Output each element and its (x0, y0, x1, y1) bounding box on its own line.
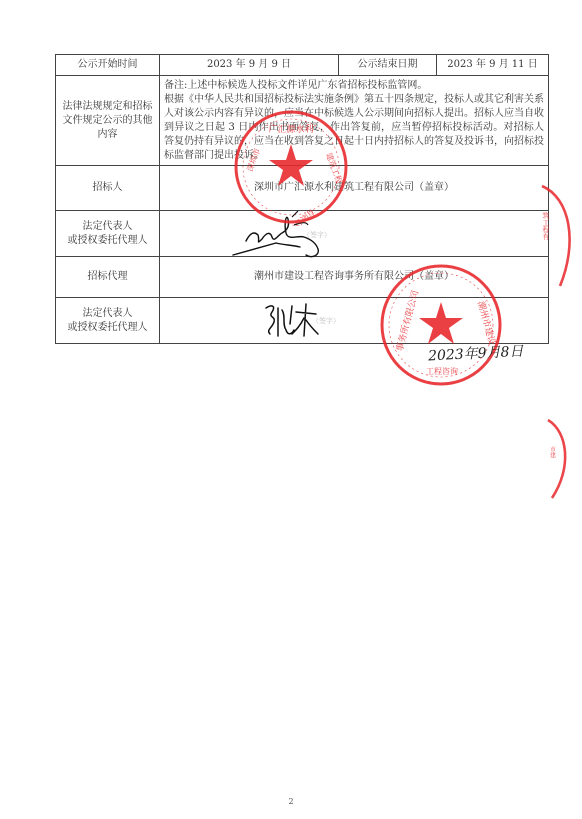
rep2-signature-cell (160, 298, 549, 344)
start-date-value: 2023 年 9 月 9 日 (160, 55, 339, 76)
table-row: 公示开始时间 2023 年 9 月 9 日 公示结束日期 2023 年 9 月 … (56, 55, 549, 76)
rep1-label-line1: 法定代表人 (60, 220, 155, 234)
rep2-label: 法定代表人 或授权委托代理人 (56, 298, 160, 344)
remark-line: 备注:上述中标候选人投标文件详见广东省招标投标监管网。 (164, 79, 544, 93)
document-page: 公示开始时间 2023 年 9 月 9 日 公示结束日期 2023 年 9 月 … (0, 0, 582, 819)
svg-text:工程咨询: 工程咨询 (426, 366, 458, 376)
paging-seal-2: 市建 (546, 418, 582, 500)
other-content-label: 法律法规规定和招标文件规定公示的其他内容 (56, 76, 160, 166)
tenderer-label: 招标人 (56, 166, 160, 211)
rep2-label-line1: 法定代表人 (60, 307, 155, 321)
notice-table: 公示开始时间 2023 年 9 月 9 日 公示结束日期 2023 年 9 月 … (55, 54, 549, 344)
agent-value: 潮州市建设工程咨询事务所有限公司（盖章） (160, 257, 549, 298)
start-date-label: 公示开始时间 (56, 55, 160, 76)
table-row: 法定代表人 或授权委托代理人 (56, 298, 549, 344)
rep1-label-line2: 或授权委托代理人 (60, 234, 155, 248)
end-date-value: 2023 年 9 月 11 日 (437, 55, 549, 76)
agent-label: 招标代理 (56, 257, 160, 298)
svg-text:市建: 市建 (549, 445, 556, 459)
table-row: 招标代理 潮州市建设工程咨询事务所有限公司（盖章） (56, 257, 549, 298)
handwritten-date: 2023年9月8日 (428, 341, 524, 366)
table-row: 招标人 深圳市广汇源水利建筑工程有限公司（盖章） (56, 166, 549, 211)
tenderer-value: 深圳市广汇源水利建筑工程有限公司（盖章） (160, 166, 549, 211)
end-date-label: 公示结束日期 (339, 55, 437, 76)
regulation-paragraph: 根据《中华人民共和国招标投标法实施条例》第五十四条规定，投标人或其它利害关系人对… (164, 93, 544, 163)
rep1-label: 法定代表人 或授权委托代理人 (56, 211, 160, 257)
table-row: 法定代表人 或授权委托代理人 (56, 211, 549, 257)
other-content-value: 备注:上述中标候选人投标文件详见广东省招标投标监管网。 根据《中华人民共和国招标… (160, 76, 549, 166)
rep1-signature-cell (160, 211, 549, 257)
page-number: 2 (0, 797, 582, 806)
rep1-sign-hint: （签字） (303, 230, 331, 240)
rep2-sign-hint: （签字） (312, 316, 340, 326)
table-row: 法律法规规定和招标文件规定公示的其他内容 备注:上述中标候选人投标文件详见广东省… (56, 76, 549, 166)
rep2-label-line2: 或授权委托代理人 (60, 321, 155, 335)
